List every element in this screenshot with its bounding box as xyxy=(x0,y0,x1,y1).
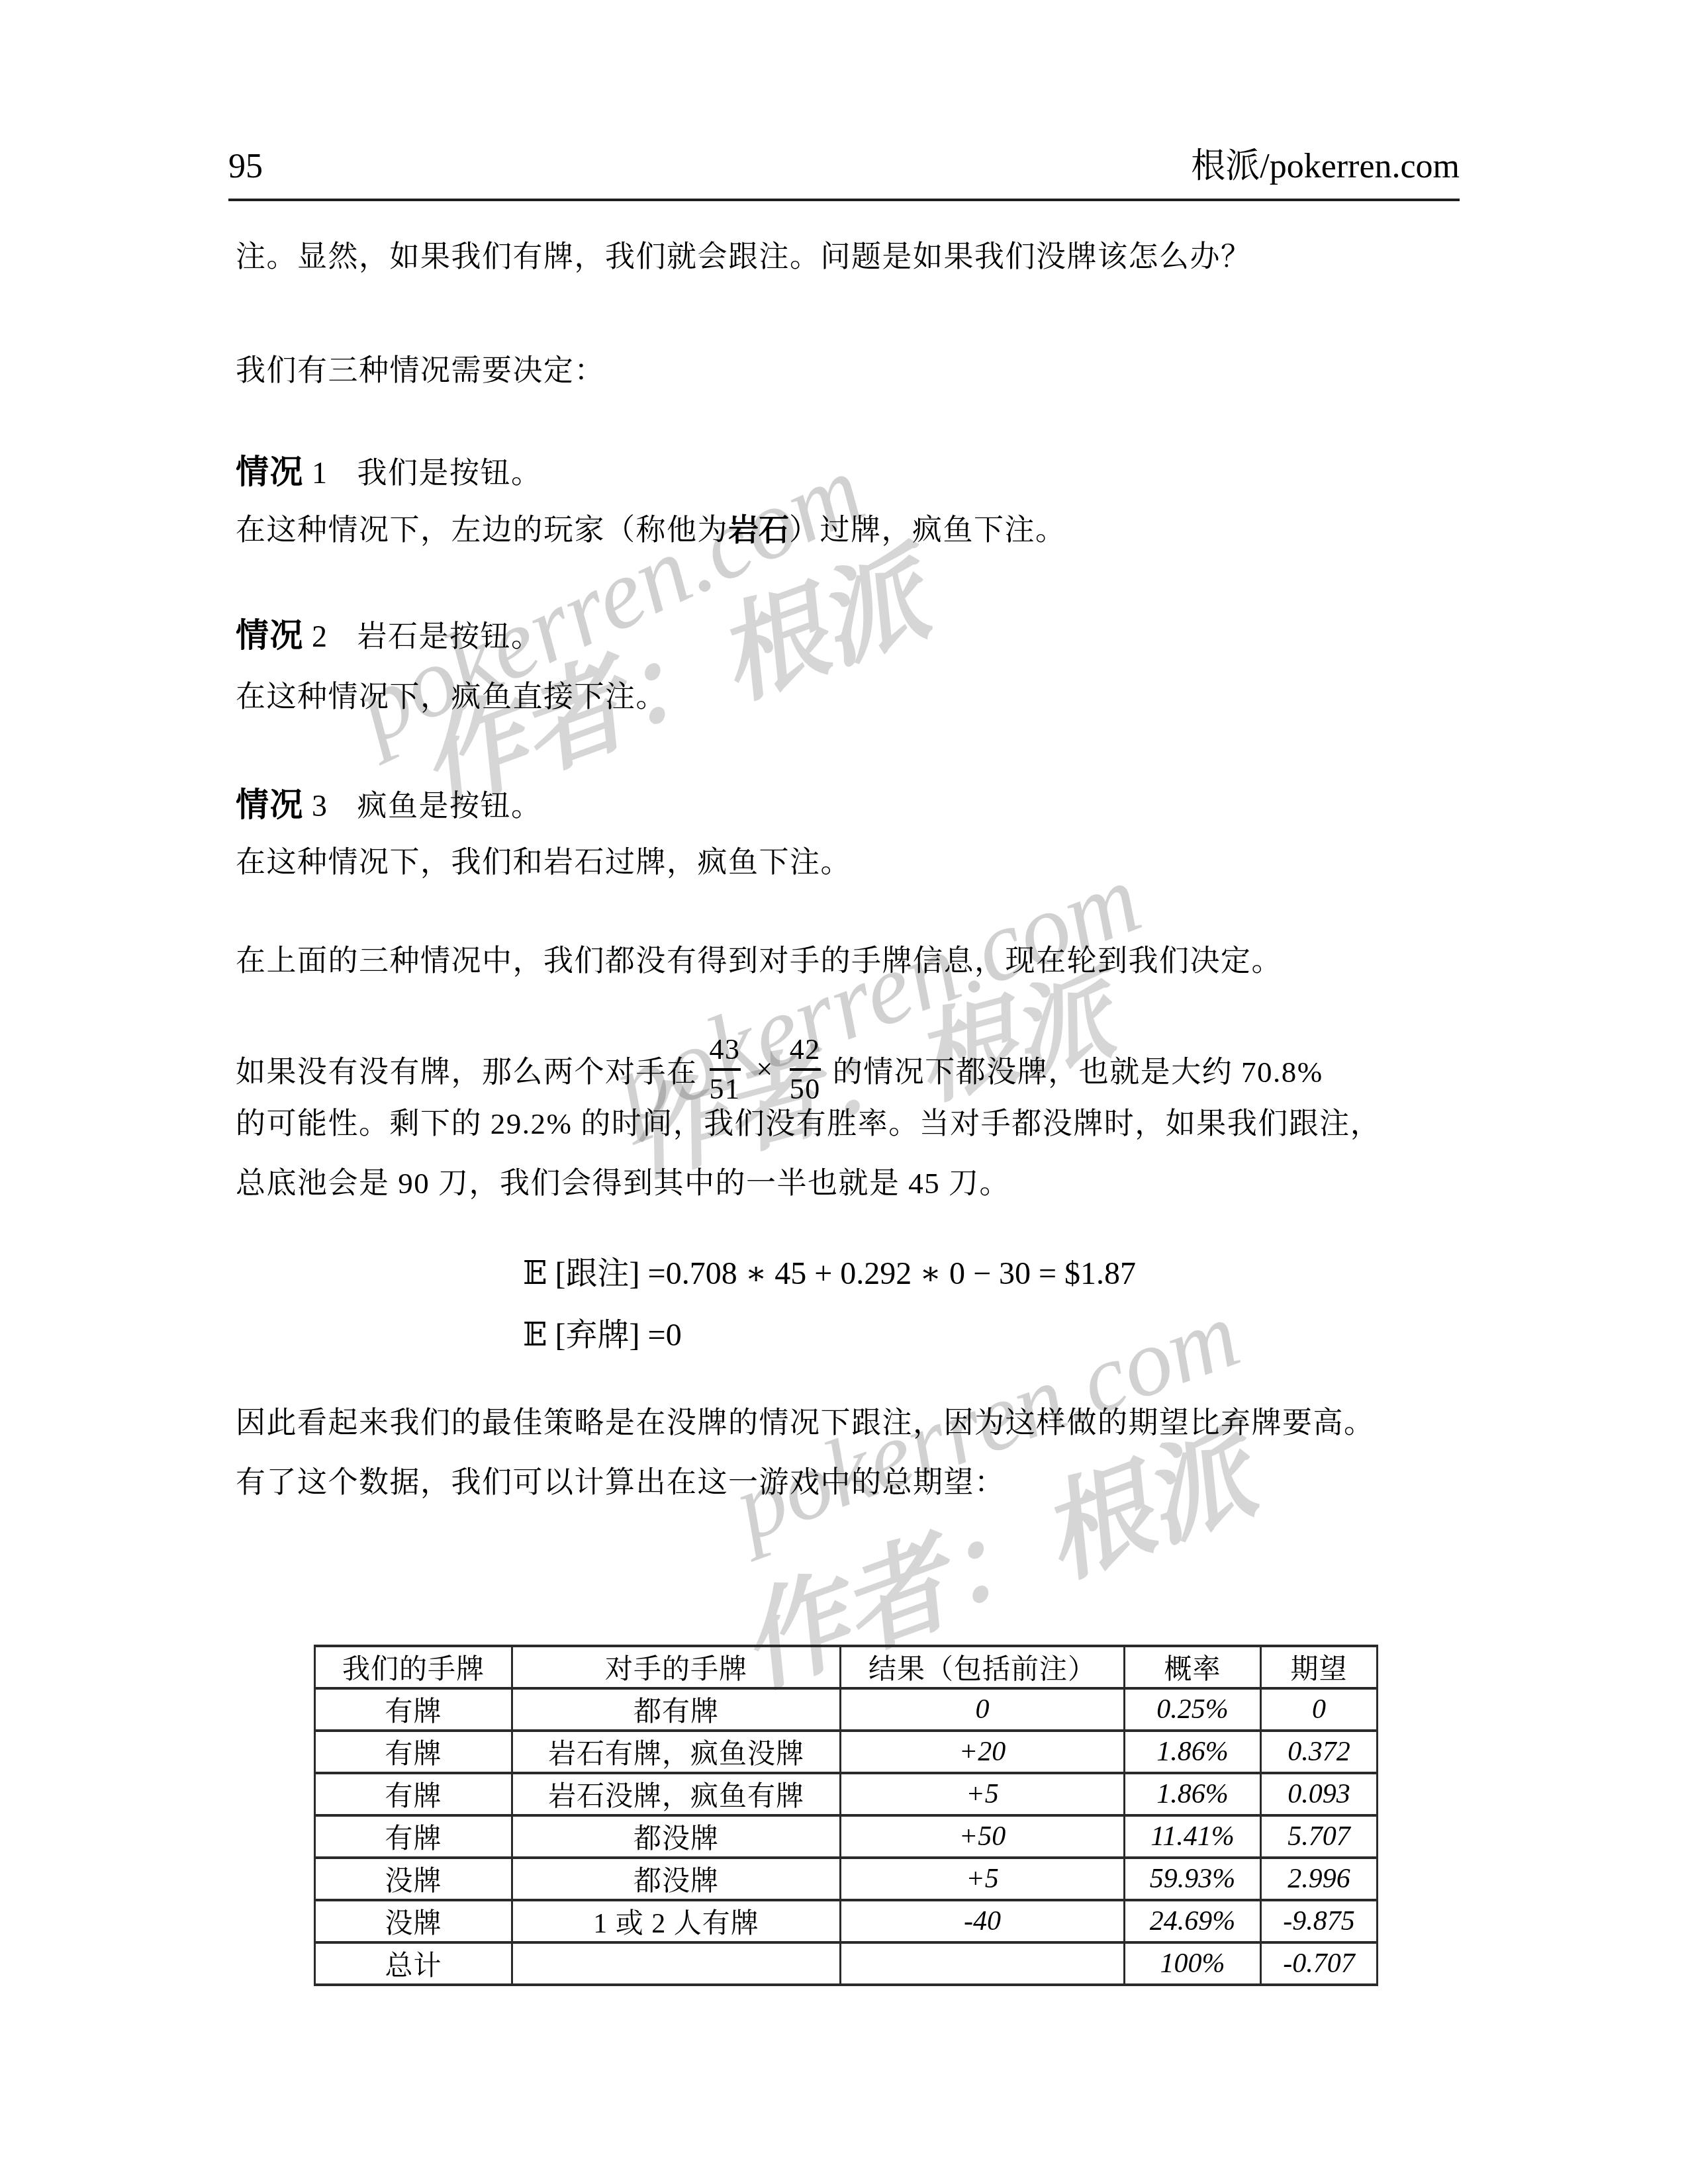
header-site-label: 根派/pokerren.com xyxy=(1191,147,1460,187)
col-header-probability: 概率 xyxy=(1125,1646,1261,1688)
col-header-result: 结果（包括前注） xyxy=(841,1646,1125,1688)
col-header-our-hand: 我们的手牌 xyxy=(315,1646,512,1688)
case-label: 情况 xyxy=(236,786,304,823)
paragraph: 有了这个数据，我们可以计算出在这一游戏中的总期望： xyxy=(236,1461,1006,1504)
table-cell: 0 xyxy=(841,1688,1125,1731)
case-1-heading: 情况1我们是按钮。 xyxy=(236,449,542,496)
table-cell: 岩石没牌，疯鱼有牌 xyxy=(512,1773,841,1815)
fraction-bar xyxy=(790,1068,821,1071)
table-cell: 岩石有牌，疯鱼没牌 xyxy=(512,1731,841,1773)
case-3-body: 在这种情况下，我们和岩石过牌，疯鱼下注。 xyxy=(236,841,851,884)
table-row: 没牌1 或 2 人有牌-4024.69%-9.875 xyxy=(315,1900,1378,1942)
case-label: 情况 xyxy=(236,453,304,490)
case-2-body: 在这种情况下，疯鱼直接下注。 xyxy=(236,676,667,718)
table-cell: 都没牌 xyxy=(512,1815,841,1858)
numerator: 43 xyxy=(710,1033,741,1066)
table-cell: 都没牌 xyxy=(512,1858,841,1900)
case-body-text: 在这种情况下，左边的玩家（称他为 xyxy=(236,514,728,547)
table-cell: 1 或 2 人有牌 xyxy=(512,1900,841,1942)
equation-ev-call: 𝔼 [跟注] =0.708 ∗ 45 + 0.292 ∗ 0 − 30 = $1… xyxy=(523,1254,1136,1294)
text-segment: 的情况下都没牌，也就是大约 70.8% xyxy=(833,1048,1323,1091)
case-body-text: ）过牌，疯鱼下注。 xyxy=(789,514,1066,547)
table-row: 有牌岩石没牌，疯鱼有牌+51.86%0.093 xyxy=(315,1773,1378,1815)
expectation-table: 我们的手牌 对手的手牌 结果（包括前注） 概率 期望 有牌都有牌00.25%0有… xyxy=(314,1645,1378,1986)
denominator: 50 xyxy=(790,1073,821,1106)
case-title: 岩石是按钮。 xyxy=(357,620,542,653)
table-cell: -0.707 xyxy=(1261,1942,1378,1985)
case-1-body: 在这种情况下，左边的玩家（称他为岩石）过牌，疯鱼下注。 xyxy=(236,508,1066,551)
table-cell: 有牌 xyxy=(315,1773,512,1815)
table-cell: 0.372 xyxy=(1261,1731,1378,1773)
paragraph-line: 总底池会是 90 刀，我们会得到其中的一半也就是 45 刀。 xyxy=(236,1162,1010,1205)
table-row: 有牌都有牌00.25%0 xyxy=(315,1688,1378,1731)
table-cell: 都有牌 xyxy=(512,1688,841,1731)
case-body-bold: 岩石 xyxy=(728,512,789,547)
case-3-heading: 情况3疯鱼是按钮。 xyxy=(236,782,542,829)
page-number: 95 xyxy=(228,147,263,187)
paragraph: 注。显然，如果我们有牌，我们就会跟注。问题是如果我们没牌该怎么办？ xyxy=(236,236,1252,278)
table-cell: +50 xyxy=(841,1815,1125,1858)
case-title: 我们是按钮。 xyxy=(357,457,542,490)
paragraph: 在上面的三种情况中，我们都没有得到对手的手牌信息，现在轮到我们决定。 xyxy=(236,940,1282,982)
multiplication-sign: × xyxy=(757,1052,774,1086)
table-row: 有牌岩石有牌，疯鱼没牌+201.86%0.372 xyxy=(315,1731,1378,1773)
fraction-bar xyxy=(710,1068,741,1071)
table-cell: 100% xyxy=(1125,1942,1261,1985)
table-cell: 59.93% xyxy=(1125,1858,1261,1900)
case-number: 1 xyxy=(312,456,328,490)
fraction-42-50: 42 50 xyxy=(790,1033,821,1106)
table-cell: +20 xyxy=(841,1731,1125,1773)
table-cell: 0.25% xyxy=(1125,1688,1261,1731)
table-cell: +5 xyxy=(841,1773,1125,1815)
fraction-43-51: 43 51 xyxy=(710,1033,741,1106)
table-row: 没牌都没牌+559.93%2.996 xyxy=(315,1858,1378,1900)
table-cell: 没牌 xyxy=(315,1858,512,1900)
case-body-text: 在这种情况下，疯鱼直接下注。 xyxy=(236,680,667,713)
paragraph: 我们有三种情况需要决定： xyxy=(236,349,605,392)
paragraph-line: 的可能性。剩下的 29.2% 的时间，我们没有胜率。当对手都没牌时，如果我们跟注… xyxy=(236,1103,1381,1145)
table-cell: 总计 xyxy=(315,1942,512,1985)
case-2-heading: 情况2岩石是按钮。 xyxy=(236,612,542,660)
col-header-expectation: 期望 xyxy=(1261,1646,1378,1688)
table-cell xyxy=(841,1942,1125,1985)
results-table-body: 有牌都有牌00.25%0有牌岩石有牌，疯鱼没牌+201.86%0.372有牌岩石… xyxy=(315,1688,1378,1985)
paragraph: 因此看起来我们的最佳策略是在没牌的情况下跟注，因为这样做的期望比弃牌要高。 xyxy=(236,1402,1375,1444)
table-cell: 5.707 xyxy=(1261,1815,1378,1858)
table-cell: 1.86% xyxy=(1125,1773,1261,1815)
text-segment: 如果没有没有牌，那么两个对手在 xyxy=(236,1048,698,1091)
table-cell: 有牌 xyxy=(315,1688,512,1731)
table-cell: 有牌 xyxy=(315,1815,512,1858)
table-header-row: 我们的手牌 对手的手牌 结果（包括前注） 概率 期望 xyxy=(315,1646,1378,1688)
table-cell: 0.093 xyxy=(1261,1773,1378,1815)
case-label: 情况 xyxy=(236,617,304,654)
denominator: 51 xyxy=(710,1073,741,1106)
document-page: 95 根派/pokerren.com 注。显然，如果我们有牌，我们就会跟注。问题… xyxy=(0,0,1688,2184)
table-cell: -40 xyxy=(841,1900,1125,1942)
table-cell xyxy=(512,1942,841,1985)
case-title: 疯鱼是按钮。 xyxy=(357,790,542,823)
case-number: 2 xyxy=(312,619,328,653)
table-cell: 1.86% xyxy=(1125,1731,1261,1773)
case-number: 3 xyxy=(312,789,328,823)
table-cell: +5 xyxy=(841,1858,1125,1900)
table-row: 总计100%-0.707 xyxy=(315,1942,1378,1985)
table-cell: -9.875 xyxy=(1261,1900,1378,1942)
numerator: 42 xyxy=(790,1033,821,1066)
table-cell: 11.41% xyxy=(1125,1815,1261,1858)
case-body-text: 在这种情况下，我们和岩石过牌，疯鱼下注。 xyxy=(236,846,851,879)
equation-ev-fold: 𝔼 [弃牌] =0 xyxy=(523,1316,682,1355)
table-cell: 2.996 xyxy=(1261,1858,1378,1900)
col-header-opponent-hand: 对手的手牌 xyxy=(512,1646,841,1688)
header-rule xyxy=(228,199,1460,201)
table-cell: 24.69% xyxy=(1125,1900,1261,1942)
table-cell: 没牌 xyxy=(315,1900,512,1942)
table-row: 有牌都没牌+5011.41%5.707 xyxy=(315,1815,1378,1858)
table-cell: 有牌 xyxy=(315,1731,512,1773)
table-cell: 0 xyxy=(1261,1688,1378,1731)
